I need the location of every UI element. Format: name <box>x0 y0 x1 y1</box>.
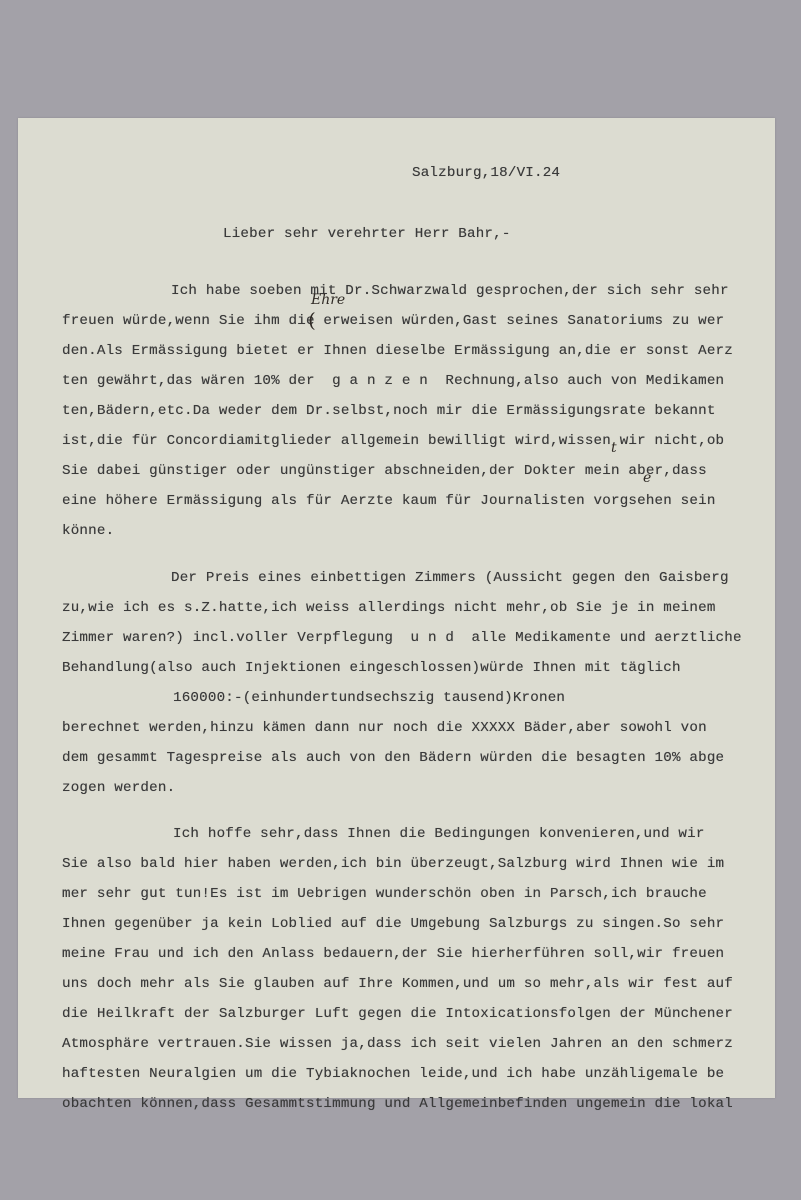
letter-line: Ihnen gegenüber ja kein Loblied auf die … <box>62 916 724 932</box>
letter-line: freuen würde,wenn Sie ihm die erweisen w… <box>62 313 724 329</box>
handwritten-annotation-t: t <box>611 440 617 456</box>
letter-line: mer sehr gut tun!Es ist im Uebrigen wund… <box>62 886 707 902</box>
letter-line: haftesten Neuralgien um die Tybiaknochen… <box>62 1066 724 1082</box>
letter-line: uns doch mehr als Sie glauben auf Ihre K… <box>62 976 733 992</box>
letter-line: den.Als Ermässigung bietet er Ihnen dies… <box>62 343 733 359</box>
letter-line: Ich habe soeben mit Dr.Schwarzwald gespr… <box>171 283 729 299</box>
letter-line: meine Frau und ich den Anlass bedauern,d… <box>62 946 724 962</box>
letter-line: Atmosphäre vertrauen.Sie wissen ja,dass … <box>62 1036 733 1052</box>
letter-line: ten,Bädern,etc.Da weder dem Dr.selbst,no… <box>62 403 716 419</box>
letter-line: die Heilkraft der Salzburger Luft gegen … <box>62 1006 733 1022</box>
letter-line: berechnet werden,hinzu kämen dann nur no… <box>62 720 707 736</box>
letter-line: eine höhere Ermässigung als für Aerzte k… <box>62 493 716 509</box>
letter-line: Sie also bald hier haben werden,ich bin … <box>62 856 724 872</box>
letter-line: Ich hoffe sehr,dass Ihnen die Bedingunge… <box>173 826 705 842</box>
letter-page: Salzburg,18/VI.24 Lieber sehr verehrter … <box>18 118 775 1098</box>
letter-line: Zimmer waren?) incl.voller Verpflegung u… <box>62 630 742 646</box>
letter-line: ten gewährt,das wären 10% der g a n z e … <box>62 373 724 389</box>
handwritten-insertion-mark: ( <box>308 308 316 332</box>
date-line: Salzburg,18/VI.24 <box>412 165 560 181</box>
letter-line: könne. <box>62 523 114 539</box>
letter-line: obachten können,dass Gesammtstimmung und… <box>62 1096 733 1112</box>
letter-line: ist,die für Concordiamitglieder allgemei… <box>62 433 724 449</box>
letter-line: dem gesammt Tagespreise als auch von den… <box>62 750 724 766</box>
letter-line: Behandlung(also auch Injektionen eingesc… <box>62 660 681 676</box>
letter-line: Der Preis eines einbettigen Zimmers (Aus… <box>171 570 729 586</box>
letter-line: zu,wie ich es s.Z.hatte,ich weiss allerd… <box>62 600 716 616</box>
handwritten-annotation-e: e <box>643 470 651 486</box>
letter-line: 160000:-(einhundertundsechszig tausend)K… <box>173 690 565 706</box>
salutation: Lieber sehr verehrter Herr Bahr,- <box>223 226 511 242</box>
letter-line: Sie dabei günstiger oder ungünstiger abs… <box>62 463 707 479</box>
letter-line: zogen werden. <box>62 780 175 796</box>
handwritten-annotation-ehre: Ehre <box>311 292 345 308</box>
